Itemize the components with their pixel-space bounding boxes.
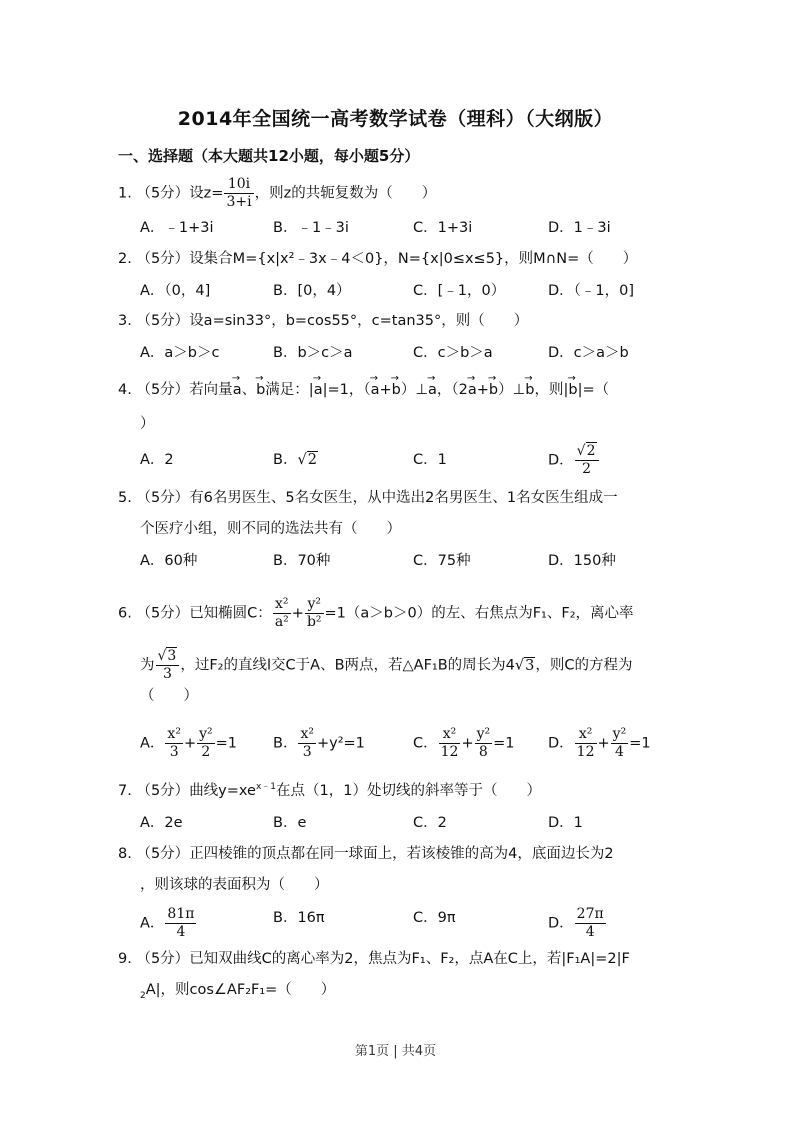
question-9: 9. （5分）已知双曲线C的离心率为2，焦点为F₁、F₂，点A在C上，若|F₁A… [118, 949, 630, 969]
question-score: （5分） [136, 251, 189, 267]
stem-text: ，（2 [437, 382, 468, 398]
option-c: C．2 [413, 813, 447, 833]
fraction: y²8 [475, 726, 493, 761]
fraction: x²3 [165, 726, 183, 761]
numerator: y² [611, 726, 629, 744]
fraction: 10i3+i [224, 176, 253, 211]
numerator: y² [475, 726, 493, 744]
fraction: x²12 [439, 726, 461, 761]
vector-b: b [525, 380, 534, 400]
question-stem: 曲线y=xe [189, 783, 256, 799]
question-5-cont: 个医疗小组，则不同的选法共有（ ） [140, 519, 401, 539]
stem-text: |=（ [578, 382, 610, 398]
question-number: 6. [118, 606, 132, 622]
option-a: A．x²3+y²2=1 [140, 726, 237, 761]
question-score: （5分） [136, 606, 189, 622]
denominator: 8 [475, 744, 493, 761]
option-a: A．60种 [140, 551, 197, 571]
fraction: y²2 [197, 726, 215, 761]
question-number: 2. [118, 251, 132, 267]
option-label: B． [273, 736, 297, 752]
question-number: 8. [118, 846, 132, 862]
vector-b: b [256, 380, 265, 400]
stem-text: ，则| [535, 382, 569, 398]
stem-text: ，则C的方程为 [535, 658, 632, 674]
denominator: 3 [156, 666, 180, 683]
equation-tail: =1 [629, 736, 650, 752]
radicand: 3 [166, 647, 177, 664]
exam-page: 2014年全国统一高考数学试卷（理科）（大纲版） 一、选择题（本大题共12小题，… [0, 0, 791, 1122]
option-d: D．√22 [548, 443, 600, 478]
question-5: 5. （5分）有6名男医生、5名女医生，从中选出2名男医生、1名女医生组成一 [118, 488, 618, 508]
denominator: a² [273, 614, 291, 631]
question-stem: 设集合M={x|x²﹣3x﹣4＜0}，N={x|0≤x≤5}，则M∩N=（ ） [189, 251, 637, 267]
option-label: B． [273, 452, 297, 468]
numerator: √3 [156, 648, 180, 666]
option-b: B．16π [273, 908, 325, 928]
question-number: 1. [118, 186, 132, 202]
denominator: b² [305, 614, 324, 631]
option-b: B．e [273, 813, 306, 833]
denominator: 12 [575, 744, 597, 761]
question-stem: ，则z的共轭复数为（ ） [255, 186, 437, 202]
fraction: 81π4 [165, 906, 196, 941]
option-label: D． [548, 916, 574, 932]
question-6-line3: （ ） [140, 686, 198, 706]
option-b: B．﹣1﹣3i [273, 218, 349, 238]
option-a: A．（0，4] [140, 281, 210, 301]
vector-a: a [314, 380, 323, 400]
document-title: 2014年全国统一高考数学试卷（理科）（大纲版） [0, 104, 791, 131]
fraction: √33 [156, 648, 180, 683]
question-stem: 已知椭圆C： [189, 606, 272, 622]
option-c: C．[﹣1，0） [413, 281, 505, 301]
denominator: 3 [298, 744, 316, 761]
option-d: D．1 [548, 813, 583, 833]
question-3: 3. （5分）设a=sin33°，b=cos55°，c=tan35°，则（ ） [118, 311, 528, 331]
denominator: 4 [575, 924, 606, 941]
stem-text: A|，则cos∠AF₂F₁=（ ） [146, 982, 336, 998]
denominator: 4 [165, 924, 196, 941]
option-c: C．x²12+y²8=1 [413, 726, 515, 761]
vector-a: a [233, 380, 242, 400]
numerator: 27π [575, 906, 606, 924]
question-stem: 设z= [189, 186, 223, 202]
option-label: A． [140, 736, 164, 752]
question-stem: =1（a＞b＞0）的左、右焦点为F₁、F₂，离心率 [325, 606, 634, 622]
question-number: 5. [118, 490, 132, 506]
numerator: y² [305, 596, 324, 614]
numerator: x² [273, 596, 291, 614]
radicand: 3 [524, 657, 535, 674]
denominator: 4 [611, 744, 629, 761]
option-d: D．c＞a＞b [548, 343, 629, 363]
option-a: A．2e [140, 813, 183, 833]
fraction: 27π4 [575, 906, 606, 941]
option-b: B．b＞c＞a [273, 343, 353, 363]
numerator: x² [165, 726, 183, 744]
option-d: D．（﹣1，0] [548, 281, 634, 301]
option-b: B．x²3+y²=1 [273, 726, 365, 761]
question-score: （5分） [136, 951, 189, 967]
question-score: （5分） [136, 490, 189, 506]
denominator: 3+i [224, 194, 253, 211]
question-number: 3. [118, 313, 132, 329]
fraction: x²3 [298, 726, 316, 761]
fraction: √22 [575, 443, 599, 478]
numerator: x² [575, 726, 597, 744]
question-stem: 有6名男医生、5名女医生，从中选出2名男医生、1名女医生组成一 [189, 490, 617, 506]
option-b: B．[0，4） [273, 281, 351, 301]
stem-text: 、 [242, 382, 257, 398]
vector-a: a [371, 380, 380, 400]
denominator: 3 [165, 744, 183, 761]
denominator: 12 [439, 744, 461, 761]
numerator: 81π [165, 906, 196, 924]
question-8-cont: ，则该球的表面积为（ ） [140, 875, 329, 895]
question-number: 7. [118, 783, 132, 799]
stem-text: 若向量 [189, 382, 233, 398]
option-c: C．1+3i [413, 218, 472, 238]
question-9-cont: 2A|，则cos∠AF₂F₁=（ ） [140, 980, 335, 1000]
fraction: x²12 [575, 726, 597, 761]
option-d: D．1﹣3i [548, 218, 611, 238]
option-a: A．81π4 [140, 906, 197, 941]
equation-tail: =1 [493, 736, 514, 752]
vector-a: a [428, 380, 437, 400]
question-4: 4. （5分）若向量a、b满足：|a|=1，（a+b）⊥a，（2a+b）⊥b，则… [118, 380, 609, 400]
question-4-cont: ） [140, 414, 155, 434]
page-footer: 第1页 | 共4页 [0, 1040, 791, 1059]
exponent: x﹣1 [256, 782, 276, 792]
stem-text: ）⊥ [401, 382, 428, 398]
option-a: A．a＞b＞c [140, 343, 219, 363]
stem-text: 为 [140, 658, 155, 674]
numerator: x² [298, 726, 316, 744]
question-2: 2. （5分）设集合M={x|x²﹣3x﹣4＜0}，N={x|0≤x≤5}，则M… [118, 249, 637, 269]
question-score: （5分） [136, 186, 189, 202]
option-label: D． [548, 453, 574, 469]
fraction-y: y²b² [305, 596, 324, 631]
option-a: A．﹣1+3i [140, 218, 214, 238]
radicand: 2 [307, 451, 318, 468]
numerator: x² [439, 726, 461, 744]
question-stem: 在点（1，1）处切线的斜率等于（ ） [276, 783, 541, 799]
denominator: 2 [197, 744, 215, 761]
vector-b: b [489, 380, 498, 400]
question-score: （5分） [136, 382, 189, 398]
sqrt-expression: √2 [297, 451, 317, 468]
fraction: y²4 [611, 726, 629, 761]
radicand: 2 [586, 442, 597, 459]
numerator: √2 [575, 443, 599, 461]
question-8: 8. （5分）正四棱锥的顶点都在同一球面上，若该棱锥的高为4，底面边长为2 [118, 844, 614, 864]
equation-tail: +y²=1 [317, 736, 365, 752]
question-number: 4. [118, 382, 132, 398]
question-stem: 设a=sin33°，b=cos55°，c=tan35°，则（ ） [189, 313, 528, 329]
stem-text: ，过F₂的直线l交C于A、B两点，若△AF₁B的周长为4 [180, 658, 515, 674]
question-score: （5分） [136, 783, 189, 799]
option-d: D．150种 [548, 551, 616, 571]
vector-a: a [468, 380, 477, 400]
stem-text: ）⊥ [498, 382, 525, 398]
section-heading: 一、选择题（本大题共12小题，每小题5分） [118, 145, 419, 166]
option-c: C．1 [413, 450, 447, 470]
option-a: A．2 [140, 450, 174, 470]
fraction-x: x²a² [273, 596, 291, 631]
option-label: A． [140, 916, 164, 932]
question-stem: 已知双曲线C的离心率为2，焦点为F₁、F₂，点A在C上，若|F₁A|=2|F [189, 951, 630, 967]
question-stem: 正四棱锥的顶点都在同一球面上，若该棱锥的高为4，底面边长为2 [189, 846, 613, 862]
numerator: 10i [224, 176, 253, 194]
equation-tail: =1 [216, 736, 237, 752]
sqrt-expression: √3 [515, 657, 535, 674]
stem-text: 满足：| [265, 382, 313, 398]
option-b: B．√2 [273, 450, 318, 470]
vector-b: b [392, 380, 401, 400]
option-c: C．75种 [413, 551, 471, 571]
option-b: B．70种 [273, 551, 330, 571]
stem-text: |=1，（ [323, 382, 371, 398]
option-label: C． [413, 736, 438, 752]
option-label: D． [548, 736, 574, 752]
question-number: 9. [118, 951, 132, 967]
option-d: D．x²12+y²4=1 [548, 726, 651, 761]
numerator: y² [197, 726, 215, 744]
option-d: D．27π4 [548, 906, 607, 941]
option-c: C．9π [413, 908, 456, 928]
vector-b: b [568, 380, 577, 400]
question-1: 1. （5分）设z=10i3+i，则z的共轭复数为（ ） [118, 176, 436, 211]
option-c: C．c＞b＞a [413, 343, 493, 363]
question-6-line2: 为√33，过F₂的直线l交C于A、B两点，若△AF₁B的周长为4√3，则C的方程… [140, 648, 633, 683]
question-score: （5分） [136, 846, 189, 862]
question-6: 6. （5分）已知椭圆C：x²a²+y²b²=1（a＞b＞0）的左、右焦点为F₁… [118, 596, 634, 631]
denominator: 2 [575, 461, 599, 478]
question-score: （5分） [136, 313, 189, 329]
question-7: 7. （5分）曲线y=xex﹣1在点（1，1）处切线的斜率等于（ ） [118, 781, 541, 801]
